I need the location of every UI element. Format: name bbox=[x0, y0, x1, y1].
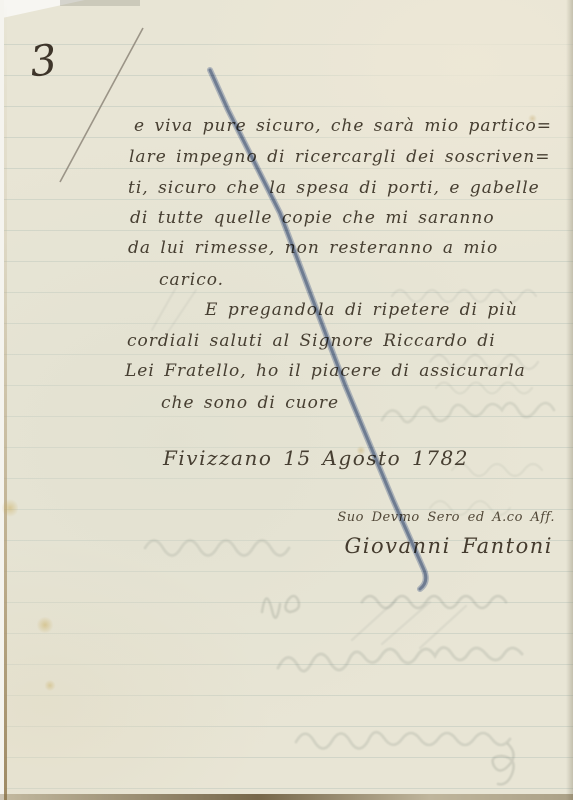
manuscript-page: 3 e viva pure sicuro, che sarà mio parti… bbox=[0, 0, 573, 800]
foxing-stain bbox=[2, 498, 18, 518]
letter-line: Lei Fratello, ho il piacere di assicurar… bbox=[125, 361, 526, 381]
letter-line: ti, sicuro che la spesa di porti, e gabe… bbox=[128, 178, 540, 198]
closing-salutation: Suo Devmo Sero ed A.co Aff. bbox=[337, 510, 555, 525]
paper-left-edge bbox=[0, 0, 4, 800]
foxing-stain bbox=[44, 680, 56, 691]
paper-right-edge-shadow bbox=[566, 0, 573, 800]
dateline: Fivizzano 15 Agosto 1782 bbox=[163, 446, 469, 470]
paper-top-edge-mark bbox=[60, 0, 140, 6]
letter-line: E pregandola di ripetere di più bbox=[205, 300, 518, 320]
page-number: 3 bbox=[28, 35, 61, 87]
letter-line: carico. bbox=[159, 270, 224, 290]
paper-corner-wedge bbox=[0, 0, 110, 24]
foxing-stain bbox=[36, 617, 54, 633]
letter-line: lare impegno di ricercargli dei soscrive… bbox=[129, 147, 550, 167]
paper-left-edge-shadow bbox=[4, 0, 7, 800]
letter-line: di tutte quelle copie che mi saranno bbox=[130, 208, 495, 228]
paper-bottom-edge bbox=[0, 794, 573, 800]
letter-line: e viva pure sicuro, che sarà mio partico… bbox=[134, 116, 552, 136]
signature: Giovanni Fantoni bbox=[345, 534, 553, 558]
letter-line: che sono di cuore bbox=[161, 393, 339, 413]
letter-line: cordiali saluti al Signore Riccardo di bbox=[127, 331, 496, 351]
letter-line: da lui rimesse, non resteranno a mio bbox=[128, 238, 498, 258]
